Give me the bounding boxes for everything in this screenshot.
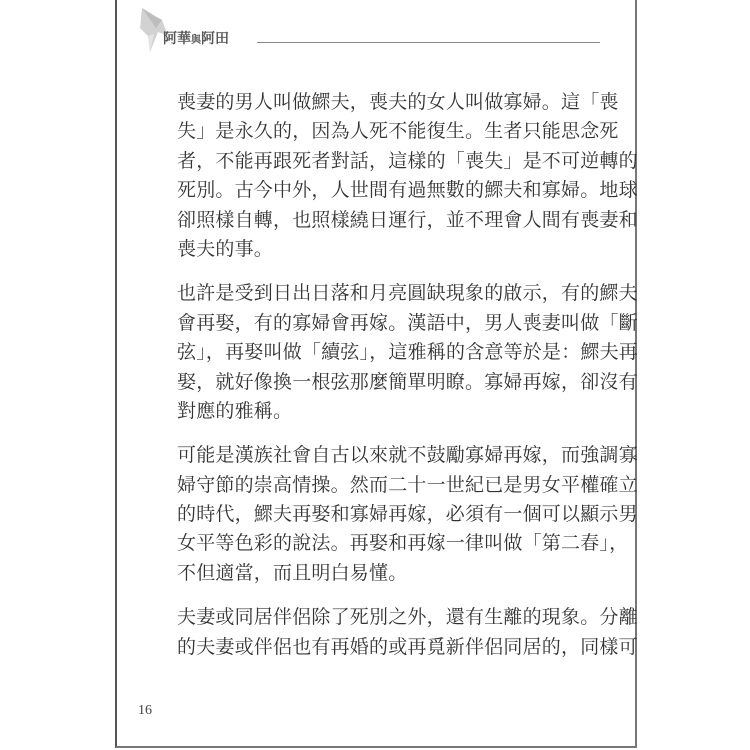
- text-line: 的夫妻或伴侶也有再婚的或再覓新伴侶同居的，同樣可: [177, 633, 577, 662]
- page-number: 16: [138, 703, 152, 719]
- text-line: 死別。古今中外，人世間有過無數的鰥夫和寡婦。地球: [177, 176, 577, 205]
- text-line: 會再娶，有的寡婦會再嫁。漢語中，男人喪妻叫做「斷: [177, 309, 577, 338]
- text-line: 不但適當，而且明白易懂。: [177, 559, 577, 588]
- text-line: 夫妻或同居伴侶除了死別之外，還有生離的現象。分離: [177, 603, 577, 632]
- body-text: 喪妻的男人叫做鰥夫，喪夫的女人叫做寡婦。這「喪 失」是永久的，因為人死不能復生。…: [177, 88, 577, 677]
- text-line: 婦守節的崇高情操。然而二十一世紀已是男女平權確立: [177, 471, 577, 500]
- text-line: 卻照樣自轉，也照樣繞日運行，並不理會人間有喪妻和: [177, 206, 577, 235]
- text-line: 也許是受到日出日落和月亮圓缺現象的啟示，有的鰥夫: [177, 279, 577, 308]
- text-line: 喪夫的事。: [177, 235, 577, 264]
- paragraph-3: 可能是漢族社會自古以來就不鼓勵寡婦再嫁，而強調寡 婦守節的崇高情操。然而二十一世…: [177, 441, 577, 588]
- title-part2: 阿田: [201, 31, 229, 47]
- text-line: 的時代，鰥夫再娶和寡婦再嫁，必須有一個可以顯示男: [177, 500, 577, 529]
- text-line: 可能是漢族社會自古以來就不鼓勵寡婦再嫁，而強調寡: [177, 441, 577, 470]
- book-page: 阿華與阿田 喪妻的男人叫做鰥夫，喪夫的女人叫做寡婦。這「喪 失」是永久的，因為人…: [115, 0, 637, 748]
- header-rule: [257, 42, 600, 43]
- text-line: 弦」，再娶叫做「續弦」，這雅稱的含意等於是：鰥夫再: [177, 338, 577, 367]
- paragraph-1: 喪妻的男人叫做鰥夫，喪夫的女人叫做寡婦。這「喪 失」是永久的，因為人死不能復生。…: [177, 88, 577, 264]
- running-head-title: 阿華與阿田: [163, 31, 229, 49]
- text-line: 喪妻的男人叫做鰥夫，喪夫的女人叫做寡婦。這「喪: [177, 88, 577, 117]
- title-part1: 阿華: [163, 31, 191, 47]
- text-line: 者，不能再跟死者對話，這樣的「喪失」是不可逆轉的: [177, 147, 577, 176]
- paragraph-4: 夫妻或同居伴侶除了死別之外，還有生離的現象。分離 的夫妻或伴侶也有再婚的或再覓新…: [177, 603, 577, 662]
- text-line: 對應的雅稱。: [177, 397, 577, 426]
- text-line: 娶，就好像換一根弦那麼簡單明瞭。寡婦再嫁，卻沒有: [177, 368, 577, 397]
- text-line: 失」是永久的，因為人死不能復生。生者只能思念死: [177, 117, 577, 146]
- text-line: 女平等色彩的說法。再娶和再嫁一律叫做「第二春」，: [177, 529, 577, 558]
- title-connector: 與: [191, 35, 201, 46]
- paragraph-2: 也許是受到日出日落和月亮圓缺現象的啟示，有的鰥夫 會再娶，有的寡婦會再嫁。漢語中…: [177, 279, 577, 426]
